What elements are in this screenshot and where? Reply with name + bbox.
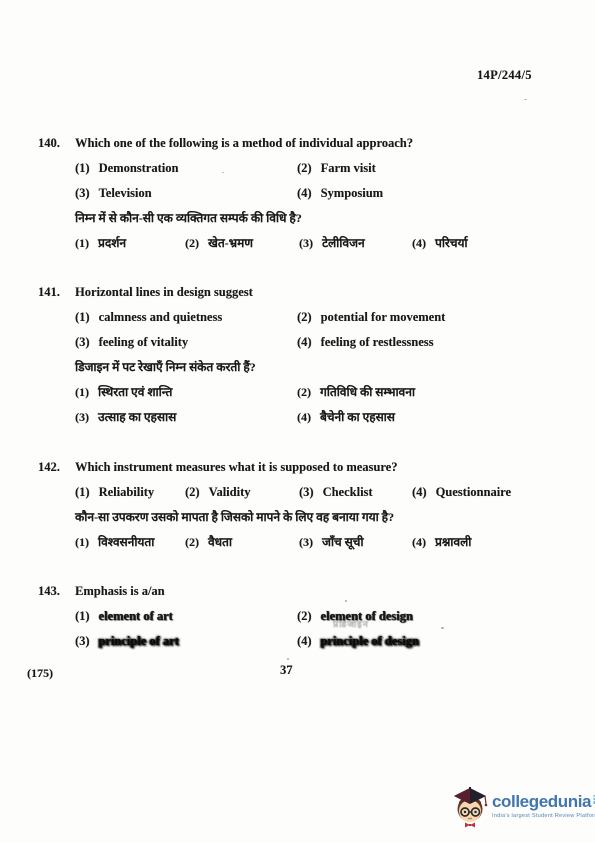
question-number: 142. <box>38 455 72 480</box>
option-text: प्रश्नावली <box>435 535 471 549</box>
option: (1)Demonstration <box>75 156 178 181</box>
option-row: (3)feeling of vitality (4)feeling of res… <box>75 330 563 355</box>
option: (4)Symposium <box>297 181 383 206</box>
mascot-graduate-icon <box>451 784 489 830</box>
option-text: खेत-भ्रमण <box>208 236 253 250</box>
option-row: (1)प्रदर्शन (2)खेत-भ्रमण (3)टेलीविजन (4)… <box>75 231 563 256</box>
option-text: principle of art <box>99 634 180 648</box>
brand-name: collegedunia <box>492 793 591 810</box>
scanned-exam-page: 14P/244/5 140. Which one of the followin… <box>0 0 595 842</box>
option: (2)Validity <box>185 480 251 505</box>
option-text: Symposium <box>321 186 384 200</box>
scan-speck <box>441 627 444 629</box>
page-number: 37 <box>280 663 293 678</box>
option-text: गतिविधि की सम्भावना <box>320 385 415 399</box>
option-text: बैचेनी का एहसास <box>320 410 395 424</box>
option-text: Questionnaire <box>436 485 511 499</box>
option: (4)परिचर्या <box>412 231 468 256</box>
question-number: 143. <box>38 579 72 604</box>
option-text: Validity <box>209 485 251 499</box>
option: (3)Checklist <box>299 480 373 505</box>
scan-speck <box>222 172 224 173</box>
question-number: 140. <box>38 131 72 156</box>
question-stem-hi: कौन-सा उपकरण उसको मापता है जिसको मापने क… <box>75 505 563 530</box>
question-stem-en: Horizontal lines in design suggest <box>75 280 563 305</box>
option-text: feeling of restlessness <box>321 335 434 349</box>
scan-speck <box>345 600 347 602</box>
option: (3)उत्साह का एहसास <box>75 405 176 430</box>
option: (1)विश्वसनीयता <box>75 530 154 555</box>
scan-speck <box>524 99 527 100</box>
ink-bleed-ghost-text: प्रडिजाइन <box>333 617 369 630</box>
option-text: प्रदर्शन <box>98 236 126 250</box>
option-row: (3)उत्साह का एहसास (4)बैचेनी का एहसास <box>75 405 563 430</box>
option-row: (3)Television (4)Symposium <box>75 181 563 206</box>
option-text: जाँच सूची <box>322 535 363 549</box>
option-text: टेलीविजन <box>322 236 365 250</box>
option: (2)गतिविधि की सम्भावना <box>297 380 415 405</box>
option-text: विश्वसनीयता <box>98 535 154 549</box>
question-body: Which instrument measures what it is sup… <box>75 455 563 555</box>
option-text: element of art <box>99 609 173 623</box>
option-row: (1)Demonstration (2)Farm visit <box>75 156 563 181</box>
option: (1)Reliability <box>75 480 154 505</box>
question-stem-hi: निम्न में से कौन-सी एक व्यक्तिगत सम्पर्क… <box>75 206 563 231</box>
question-141: 141. Horizontal lines in design suggest … <box>38 280 563 430</box>
option: (1)element of art <box>75 604 173 629</box>
option-text: potential for movement <box>321 310 446 324</box>
option-row: (1)calmness and quietness (2)potential f… <box>75 305 563 330</box>
option: (2)वैधता <box>185 530 232 555</box>
option: (3)जाँच सूची <box>299 530 363 555</box>
option: (2)Farm visit <box>297 156 376 181</box>
paper-code: 14P/244/5 <box>477 68 532 83</box>
option: (3)Television <box>75 181 152 206</box>
option-text: Reliability <box>99 485 155 499</box>
option: (3)टेलीविजन <box>299 231 365 256</box>
question-number: 141. <box>38 280 72 305</box>
option-text: Demonstration <box>99 161 179 175</box>
option-row: (1)Reliability (2)Validity (3)Checklist … <box>75 480 563 505</box>
option-text: परिचर्या <box>435 236 468 250</box>
question-body: Horizontal lines in design suggest (1)ca… <box>75 280 563 430</box>
option: (1)calmness and quietness <box>75 305 222 330</box>
question-140: 140. Which one of the following is a met… <box>38 131 563 256</box>
option: (1)प्रदर्शन <box>75 231 126 256</box>
question-body: Emphasis is a/an (1)element of art (2)el… <box>75 579 563 654</box>
option-text: वैधता <box>208 535 232 549</box>
option-text: feeling of vitality <box>99 335 189 349</box>
question-142: 142. Which instrument measures what it i… <box>38 455 563 555</box>
option-row: (3)principle of art (4)principle of desi… <box>75 629 563 654</box>
option: (4)feeling of restlessness <box>297 330 434 355</box>
option-text: स्थिरता एवं शान्ति <box>98 385 172 399</box>
option: (3)principle of art <box>75 629 179 654</box>
brand-tagline: India's largest Student Review Platform <box>492 813 595 819</box>
option: (1)स्थिरता एवं शान्ति <box>75 380 172 405</box>
collegedunia-logo: collegedunia com India's largest Student… <box>451 784 595 830</box>
question-stem-hi: डिजाइन में पट रेखाएँ निम्न संकेत करती है… <box>75 355 563 380</box>
option-text: Checklist <box>323 485 373 499</box>
option-text: Farm visit <box>321 161 376 175</box>
logo-text-block: collegedunia com India's largest Student… <box>492 793 595 819</box>
option: (4)प्रश्नावली <box>412 530 471 555</box>
option-text: principle of design <box>321 634 420 648</box>
question-body: Which one of the following is a method o… <box>75 131 563 256</box>
question-stem-en: Emphasis is a/an <box>75 579 563 604</box>
question-143: 143. Emphasis is a/an (1)element of art … <box>38 579 563 654</box>
option-row: (1)स्थिरता एवं शान्ति (2)गतिविधि की सम्भ… <box>75 380 563 405</box>
question-stem-en: Which instrument measures what it is sup… <box>75 455 563 480</box>
option-text: Television <box>99 186 152 200</box>
option-row: (1)विश्वसनीयता (2)वैधता (3)जाँच सूची (4)… <box>75 530 563 555</box>
option: (2)खेत-भ्रमण <box>185 231 253 256</box>
option-text: calmness and quietness <box>99 310 223 324</box>
option: (4)बैचेनी का एहसास <box>297 405 395 430</box>
option: (2)potential for movement <box>297 305 445 330</box>
option-text: उत्साह का एहसास <box>98 410 176 424</box>
scan-speck <box>287 658 289 660</box>
question-stem-en: Which one of the following is a method o… <box>75 131 563 156</box>
option: (4)principle of design <box>297 629 419 654</box>
option-row: (1)element of art (2)element of design <box>75 604 563 629</box>
option: (4)Questionnaire <box>412 480 511 505</box>
booklet-series: (175) <box>27 666 53 681</box>
option: (3)feeling of vitality <box>75 330 188 355</box>
